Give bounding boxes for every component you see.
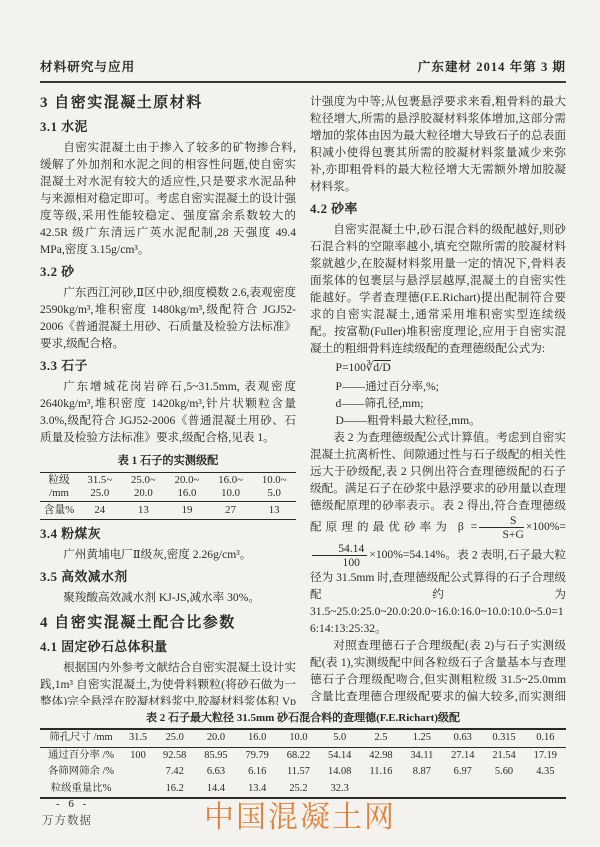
paragraph-superplasticizer: 聚羧酸高效减水剂 KJ-JS,减水率 30%。 bbox=[40, 589, 296, 606]
table-cell: 27.14 bbox=[442, 747, 483, 764]
table-cell: 42.98 bbox=[360, 747, 401, 764]
table-2-caption: 表 2 石子最大粒径 31.5mm 砂石混合料的查理德(F.E.Richart)… bbox=[40, 709, 566, 725]
fraction-s-sg: SS+G bbox=[479, 514, 524, 542]
table-cell: 54.14 bbox=[319, 747, 360, 764]
table-1-header-row: 粒级 /mm 31.5~25.0 25.0~20.0 20.0~16.0 16.… bbox=[40, 473, 296, 502]
section-heading-4: 4 自密实混凝土配合比参数 bbox=[40, 615, 296, 632]
table-cell bbox=[122, 764, 154, 781]
table-cell: 0.315 bbox=[483, 729, 524, 747]
formula-lhs: P=100 bbox=[336, 361, 366, 374]
table-cell: 5.0 bbox=[319, 729, 360, 747]
table-2-row-retained: 各筛网筛余 /% 7.426.636.1611.5714.0811.168.87… bbox=[40, 764, 566, 781]
table-cell: 0.16 bbox=[525, 729, 566, 747]
beta-mid: ×100%= bbox=[526, 520, 566, 533]
wanfang-data-mark: 万方数据 bbox=[42, 812, 92, 828]
right-column: 计强度为中等;从包裹悬浮要求来看,粗骨料的最大粒径增大,所需的悬浮胶凝材料浆体增… bbox=[310, 93, 566, 705]
table-2-row-label: 通过百分率 /% bbox=[40, 747, 122, 764]
paragraph-aggregate-volume: 根据国内外参考文献结合自密实混凝土设计实践,1m³ 自密实混凝土,为使骨料颗粒(… bbox=[40, 659, 296, 705]
paragraph-cement: 自密实混凝土由于掺入了较多的矿物掺合料,缓解了外加剂和水泥之间的相容性问题,使自… bbox=[40, 139, 296, 258]
table-cell: 6.63 bbox=[195, 764, 236, 781]
table-cell: 1.25 bbox=[402, 729, 443, 747]
table-1-label-top: 粒级 bbox=[40, 474, 78, 487]
table-cell: 5.60 bbox=[483, 764, 524, 781]
table-cell bbox=[525, 781, 566, 799]
table-cell: 13 bbox=[122, 502, 166, 520]
paragraph-flyash: 广州黄埔电厂Ⅱ级灰,密度 2.26g/cm³。 bbox=[40, 546, 296, 563]
text-run: 表 2 为查理德级配公式计算值。考虑到自密实混凝土抗离析性、间隙通过性与石子级配… bbox=[310, 431, 566, 533]
table-cell: 16.0 bbox=[237, 729, 278, 747]
table-cell: 92.58 bbox=[154, 747, 195, 764]
table-cell: 16.2 bbox=[154, 781, 195, 799]
table-1-header-cell: 10.0~5.0 bbox=[252, 473, 296, 502]
formula-radicand: d/D bbox=[373, 361, 390, 374]
table-cell: 6.16 bbox=[237, 764, 278, 781]
page-number: - 6 - bbox=[56, 798, 89, 810]
paragraph-sand-ratio: 自密实混凝土中,砂石混合料的级配越好,则砂石混合料的空隙率越小,填充空隙所需的胶… bbox=[310, 221, 566, 357]
table-cell: 24 bbox=[78, 502, 122, 520]
table-cell: 14.08 bbox=[319, 764, 360, 781]
table-2-header-row: 筛孔尺寸 /mm 31.525.020.016.010.05.02.51.250… bbox=[40, 729, 566, 747]
table-1-row-label: 含量% bbox=[40, 502, 78, 520]
paragraph-stone: 广东增城花岗岩碎石,5~31.5mm, 表观密度 2640kg/m³,堆积密度 … bbox=[40, 378, 296, 446]
richart-formula: P=100∛d/D bbox=[336, 359, 566, 376]
table-cell: 2.5 bbox=[360, 729, 401, 747]
two-column-body: 3 自密实混凝土原材料 3.1 水泥 自密实混凝土由于掺入了较多的矿物掺合料,缓… bbox=[40, 93, 566, 705]
table-1-header-cell: 25.0~20.0 bbox=[122, 473, 166, 502]
table-cell: 17.19 bbox=[525, 747, 566, 764]
subsection-heading-4-1: 4.1 固定砂石总体积量 bbox=[40, 639, 296, 656]
definition-P: P——通过百分率,%; bbox=[336, 378, 566, 395]
table-cell: 79.79 bbox=[237, 747, 278, 764]
table-cell: 20.0 bbox=[195, 729, 236, 747]
formula-definitions: P——通过百分率,%; d——筛孔径,mm; D——粗骨料最大粒径,mm。 bbox=[310, 378, 566, 429]
table-cell: 34.11 bbox=[402, 747, 443, 764]
table-cell: 13 bbox=[252, 502, 296, 520]
table-cell bbox=[483, 781, 524, 799]
beta-tail: ×100%=54.14%。 bbox=[369, 548, 457, 561]
subsection-heading-3-5: 3.5 高效减水剂 bbox=[40, 569, 296, 586]
table-cell: 19 bbox=[165, 502, 209, 520]
table-2-row-label: 粒级重量比% bbox=[40, 781, 122, 799]
table-1-header-cell: 31.5~25.0 bbox=[78, 473, 122, 502]
paragraph-sand: 广东西江河砂,Ⅱ区中砂,细度模数 2.6,表观密度 2590kg/m³,堆积密度… bbox=[40, 284, 296, 352]
table-cell: 7.42 bbox=[154, 764, 195, 781]
table-cell bbox=[442, 781, 483, 799]
subsection-heading-3-2: 3.2 砂 bbox=[40, 264, 296, 281]
subsection-heading-3-4: 3.4 粉煤灰 bbox=[40, 526, 296, 543]
fraction-5414-100: 54.14100 bbox=[312, 542, 367, 570]
table-2-block: 表 2 石子最大粒径 31.5mm 砂石混合料的查理德(F.E.Richart)… bbox=[40, 709, 566, 799]
table-1-header-cell: 20.0~16.0 bbox=[165, 473, 209, 502]
table-cell: 100 bbox=[122, 747, 154, 764]
table-cell: 31.5 bbox=[122, 729, 154, 747]
table-cell: 4.35 bbox=[525, 764, 566, 781]
watermark-china-concrete-net: 中国混凝土网 bbox=[204, 792, 396, 836]
journal-page: 材料研究与应用 广东建材 2014 年第 3 期 3 自密实混凝土原材料 3.1… bbox=[0, 0, 600, 847]
paragraph-aggregate-volume-cont: 计强度为中等;从包裹悬浮要求来看,粗骨料的最大粒径增大,所需的悬浮胶凝材料浆体增… bbox=[310, 93, 566, 195]
table-1-data-row: 含量% 24 13 19 27 13 bbox=[40, 502, 296, 520]
table-1-label-unit: /mm bbox=[40, 487, 78, 500]
table-1: 粒级 /mm 31.5~25.0 25.0~20.0 20.0~16.0 16.… bbox=[40, 472, 296, 520]
table-1-header-label: 粒级 /mm bbox=[40, 473, 78, 502]
table-2: 筛孔尺寸 /mm 31.525.020.016.010.05.02.51.250… bbox=[40, 728, 566, 799]
page-header: 材料研究与应用 广东建材 2014 年第 3 期 bbox=[40, 56, 566, 75]
table-cell: 8.87 bbox=[402, 764, 443, 781]
table-cell: 11.16 bbox=[360, 764, 401, 781]
table-1-header-cell: 16.0~10.0 bbox=[209, 473, 253, 502]
table-2-col-label: 筛孔尺寸 /mm bbox=[40, 729, 122, 747]
table-cell: 10.0 bbox=[278, 729, 319, 747]
table-2-row-label: 各筛网筛余 /% bbox=[40, 764, 122, 781]
table-cell: 25.0 bbox=[154, 729, 195, 747]
definition-d: d——筛孔径,mm; bbox=[336, 395, 566, 412]
header-rule bbox=[40, 81, 566, 83]
table-1-caption: 表 1 石子的实测级配 bbox=[40, 453, 296, 470]
table-cell: 27 bbox=[209, 502, 253, 520]
subsection-heading-3-3: 3.3 石子 bbox=[40, 358, 296, 375]
journal-title: 材料研究与应用 bbox=[40, 56, 135, 75]
paragraph-table2-discussion: 表 2 为查理德级配公式计算值。考虑到自密实混凝土抗离析性、间隙通过性与石子级配… bbox=[310, 429, 566, 637]
subsection-heading-4-2: 4.2 砂率 bbox=[310, 201, 566, 218]
table-cell: 11.57 bbox=[278, 764, 319, 781]
section-heading-3: 3 自密实混凝土原材料 bbox=[40, 95, 296, 112]
table-cell bbox=[402, 781, 443, 799]
paragraph-gradation-comparison: 对照查理德石子合理级配(表 2)与石子实测级配(表 1),实测级配中间各粒级石子… bbox=[310, 637, 566, 705]
table-cell bbox=[122, 781, 154, 799]
table-cell: 0.63 bbox=[442, 729, 483, 747]
table-cell: 85.95 bbox=[195, 747, 236, 764]
subsection-heading-3-1: 3.1 水泥 bbox=[40, 119, 296, 136]
table-cell: 68.22 bbox=[278, 747, 319, 764]
definition-D: D——粗骨料最大粒径,mm。 bbox=[336, 412, 566, 429]
beta-lhs: β = bbox=[458, 520, 477, 533]
table-cell: 21.54 bbox=[483, 747, 524, 764]
table-cell: 6.97 bbox=[442, 764, 483, 781]
table-2-row-passing: 通过百分率 /% 10092.5885.9579.7968.2254.1442.… bbox=[40, 747, 566, 764]
left-column: 3 自密实混凝土原材料 3.1 水泥 自密实混凝土由于掺入了较多的矿物掺合料,缓… bbox=[40, 93, 296, 705]
issue-title: 广东建材 2014 年第 3 期 bbox=[418, 56, 566, 75]
